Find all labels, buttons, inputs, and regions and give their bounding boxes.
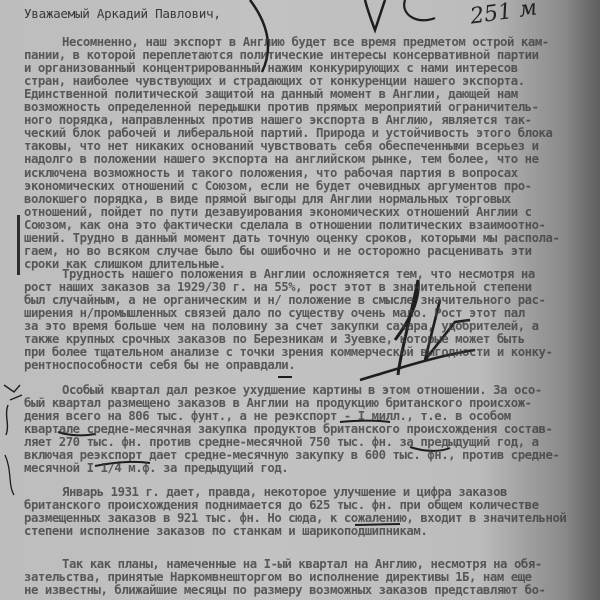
margin-vertical-mark: [17, 215, 20, 275]
text-line: гаем, но во всяком случае было бы ошибоч…: [24, 245, 532, 258]
text-line: отношений, пойдет по пути дезавуирования…: [24, 206, 532, 219]
text-line: шений. Трудно в данный момент дать точну…: [24, 232, 559, 245]
text-line: зательства, принятые Наркомвнешторгом во…: [24, 571, 532, 584]
text-line: экономических отношений с Союзом, если н…: [24, 180, 532, 193]
text-line: дения всего на 806 тыс. фунт., а не реэк…: [24, 410, 511, 423]
text-line: исключена возможность и такого положения…: [24, 167, 518, 180]
text-line: размещенных заказов в 921 тыс. фн. Но сю…: [24, 512, 566, 525]
text-line: также крупных срочных заказов по Березни…: [24, 333, 525, 346]
text-line: Единственной политической защитой на дан…: [24, 88, 518, 101]
text-line: Союзом, как она это фактически сделала в…: [24, 219, 546, 232]
text-line: таковы, что нет никаких оснований чувств…: [24, 140, 539, 153]
text-line: Трудность нашего положения в Англии осло…: [62, 268, 535, 281]
text-line: за это время больше чем на половину за с…: [24, 320, 539, 333]
text-line: был случайным, а не органическим и н/ по…: [24, 294, 546, 307]
text-line: месячной I 1/4 м.ф. за предыдущий год.: [24, 462, 288, 475]
text-line: рентноспособности себя бы не оправдали.: [24, 359, 295, 372]
text-line: стран, наиболее чувствующих и страдающих…: [24, 75, 525, 88]
text-line: при более тщательном анализе с точки зре…: [24, 346, 552, 359]
text-line: возможность определенной передышки проти…: [24, 101, 539, 114]
text-line: надолго в положении нашего экспорта на а…: [24, 153, 539, 166]
text-line: пании, в которой переплетаются политичес…: [24, 49, 539, 62]
text-line: Январь 1931 г. дает, правда, некоторое у…: [62, 486, 507, 499]
text-line: и организованный концентрированный нажим…: [24, 62, 518, 75]
text-line: включая реэкспорт дает средне-месячную з…: [24, 449, 559, 462]
text-line: не известны, ближайшие месяцы по размеру…: [24, 584, 546, 597]
text-line: Особый квартал дал резкое ухудшение карт…: [62, 384, 542, 397]
scanned-document-page: Уважаемый Аркадий Павлович, 251 м Несомн…: [0, 0, 600, 600]
text-line: волокшего порядка, в виде прямой выгоды …: [24, 193, 511, 206]
text-line: ного порядка, направленных против нашего…: [24, 114, 532, 127]
text-line: ческий блок рабочей и либеральной партий…: [24, 127, 552, 140]
text-line: Несомненно, наш экспорт в Англию будет в…: [62, 36, 549, 49]
text-line: британского происхождения поднимается до…: [24, 499, 539, 512]
text-line: квартале средне-месячная закупка продукт…: [24, 423, 552, 436]
text-line: бый квартал размещено заказов в Англии н…: [24, 397, 532, 410]
text-line: рост наших заказов за 1929/30 г. на 55%,…: [24, 281, 532, 294]
text-line: ляет 270 тыс. фн. против средне-месячной…: [24, 436, 539, 449]
text-line: ширения н/промышленных связей дало по су…: [24, 307, 525, 320]
text-line: Так как планы, намеченные на I-ый кварта…: [62, 558, 542, 571]
text-line: степени исполнение заказов по станкам и …: [24, 525, 427, 538]
